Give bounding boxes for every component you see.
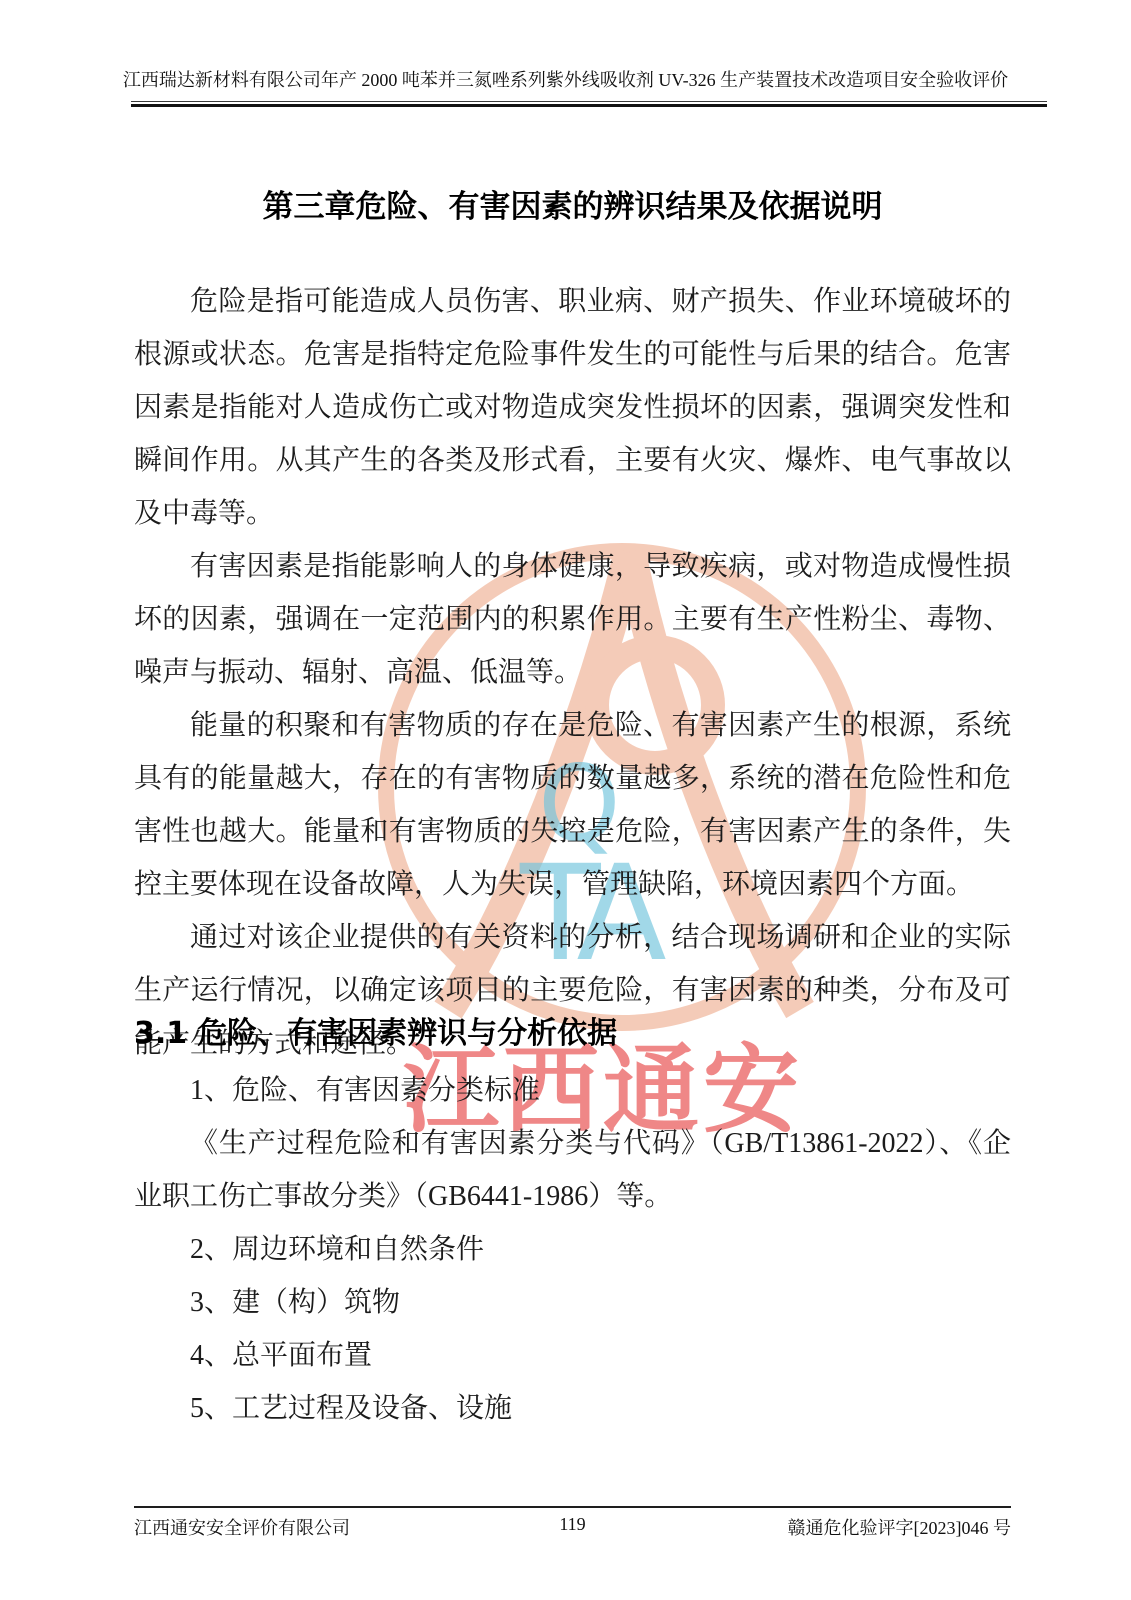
- section-number: 3.1: [134, 1016, 187, 1051]
- page-header-title: 江西瑞达新材料有限公司年产 2000 吨苯并三氮唑系列紫外线吸收剂 UV-326…: [0, 66, 1131, 92]
- section-heading: 3.1危险、有害因素辨识与分析依据: [134, 1008, 617, 1052]
- basis-list-block: 1、危险、有害因素分类标准 《生产过程危险和有害因素分类与代码》（GB/T138…: [134, 1064, 1011, 1435]
- chapter-title: 第三章危险、有害因素的辨识结果及依据说明: [134, 181, 1011, 226]
- footer-rule: [134, 1506, 1011, 1508]
- paragraph-3: 能量的积聚和有害物质的存在是危险、有害因素产生的根源，系统具有的能量越大，存在的…: [134, 699, 1011, 911]
- list-item-1: 1、危险、有害因素分类标准: [134, 1064, 1011, 1117]
- document-page: Q TA 江西通安 江西瑞达新材料有限公司年产 2000 吨苯并三氮唑系列紫外线…: [0, 0, 1131, 1600]
- body-text-block: 危险是指可能造成人员伤害、职业病、财产损失、作业环境破坏的根源或状态。危害是指特…: [134, 275, 1011, 1070]
- list-item-4: 4、总平面布置: [134, 1329, 1011, 1382]
- list-item-2: 2、周边环境和自然条件: [134, 1223, 1011, 1276]
- header-rule: [131, 101, 1047, 107]
- footer-doc-number: 赣通危化验评字[2023]046 号: [788, 1514, 1012, 1540]
- list-item-3: 3、建（构）筑物: [134, 1276, 1011, 1329]
- list-item-5: 5、工艺过程及设备、设施: [134, 1382, 1011, 1435]
- section-title: 危险、有害因素辨识与分析依据: [197, 1016, 617, 1051]
- paragraph-2: 有害因素是指能影响人的身体健康，导致疾病，或对物造成慢性损坏的因素，强调在一定范…: [134, 540, 1011, 699]
- standards-paragraph: 《生产过程危险和有害因素分类与代码》（GB/T13861-2022）、《企业职工…: [134, 1117, 1011, 1223]
- page-footer: 江西通安安全评价有限公司 119 赣通危化验评字[2023]046 号: [134, 1514, 1011, 1540]
- paragraph-1: 危险是指可能造成人员伤害、职业病、财产损失、作业环境破坏的根源或状态。危害是指特…: [134, 275, 1011, 540]
